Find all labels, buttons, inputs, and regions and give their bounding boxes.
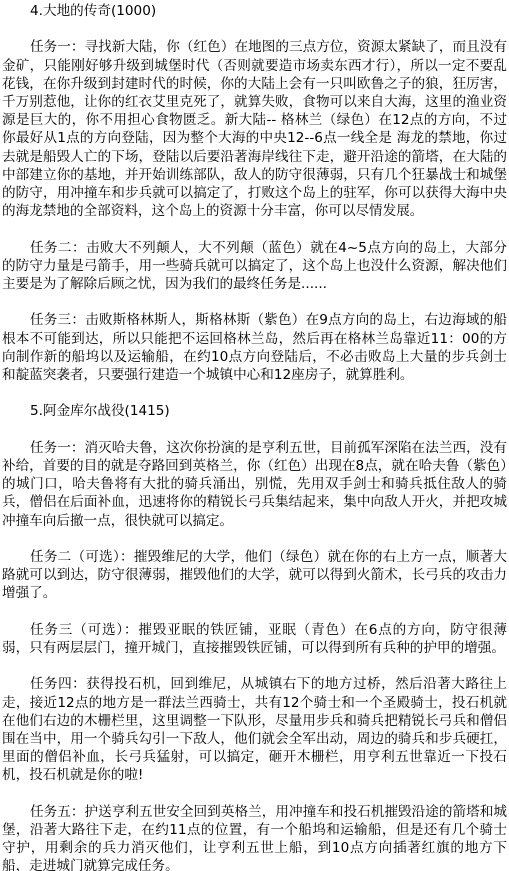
agincourt-mission-2-paragraph: 任务二（可选）：摧毁维尼的大学，他们（绿色）就在你的右上方一点，顺著大路就可以到…	[2, 548, 507, 603]
document-body: 4.大地的传奇(1000) 任务一：寻找新大陆，你（红色）在地图的三点方位，资源…	[0, 0, 509, 871]
section-heading-agincourt: 5.阿金库尔战役(1415)	[2, 402, 507, 420]
mission-1-paragraph: 任务一：寻找新大陆，你（红色）在地图的三点方位，资源太紧缺了，而且没有金矿，只能…	[2, 38, 507, 220]
agincourt-mission-3-paragraph: 任务三（可选）：摧毁亚眠的铁匠铺，亚眠（青色）在6点的方向，防守很薄弱，只有两层…	[2, 621, 507, 657]
agincourt-mission-1-paragraph: 任务一：消灭哈夫鲁，这次你扮演的是亨利五世，目前孤军深陷在法兰西，没有补给，首要…	[2, 439, 507, 530]
mission-2-paragraph: 任务二：击败大不列颠人，大不列颠（蓝色）就在4~5点方向的岛上，大部分的防守力量…	[2, 239, 507, 294]
mission-3-paragraph: 任务三：击败斯格林斯人，斯格林斯（紫色）在9点方向的岛上，右边海域的船根本不可能…	[2, 311, 507, 384]
agincourt-mission-4-paragraph: 任务四：获得投石机，回到维尼，从城镇右下的地方过桥，然后沿著大路往上走，接近12…	[2, 675, 507, 784]
section-heading-legend-of-earth: 4.大地的传奇(1000)	[2, 2, 507, 20]
agincourt-mission-5-paragraph: 任务五：护送亨利五世安全回到英格兰，用冲撞车和投石机摧毁沿途的箭塔和城堡，沿著大…	[2, 803, 507, 871]
